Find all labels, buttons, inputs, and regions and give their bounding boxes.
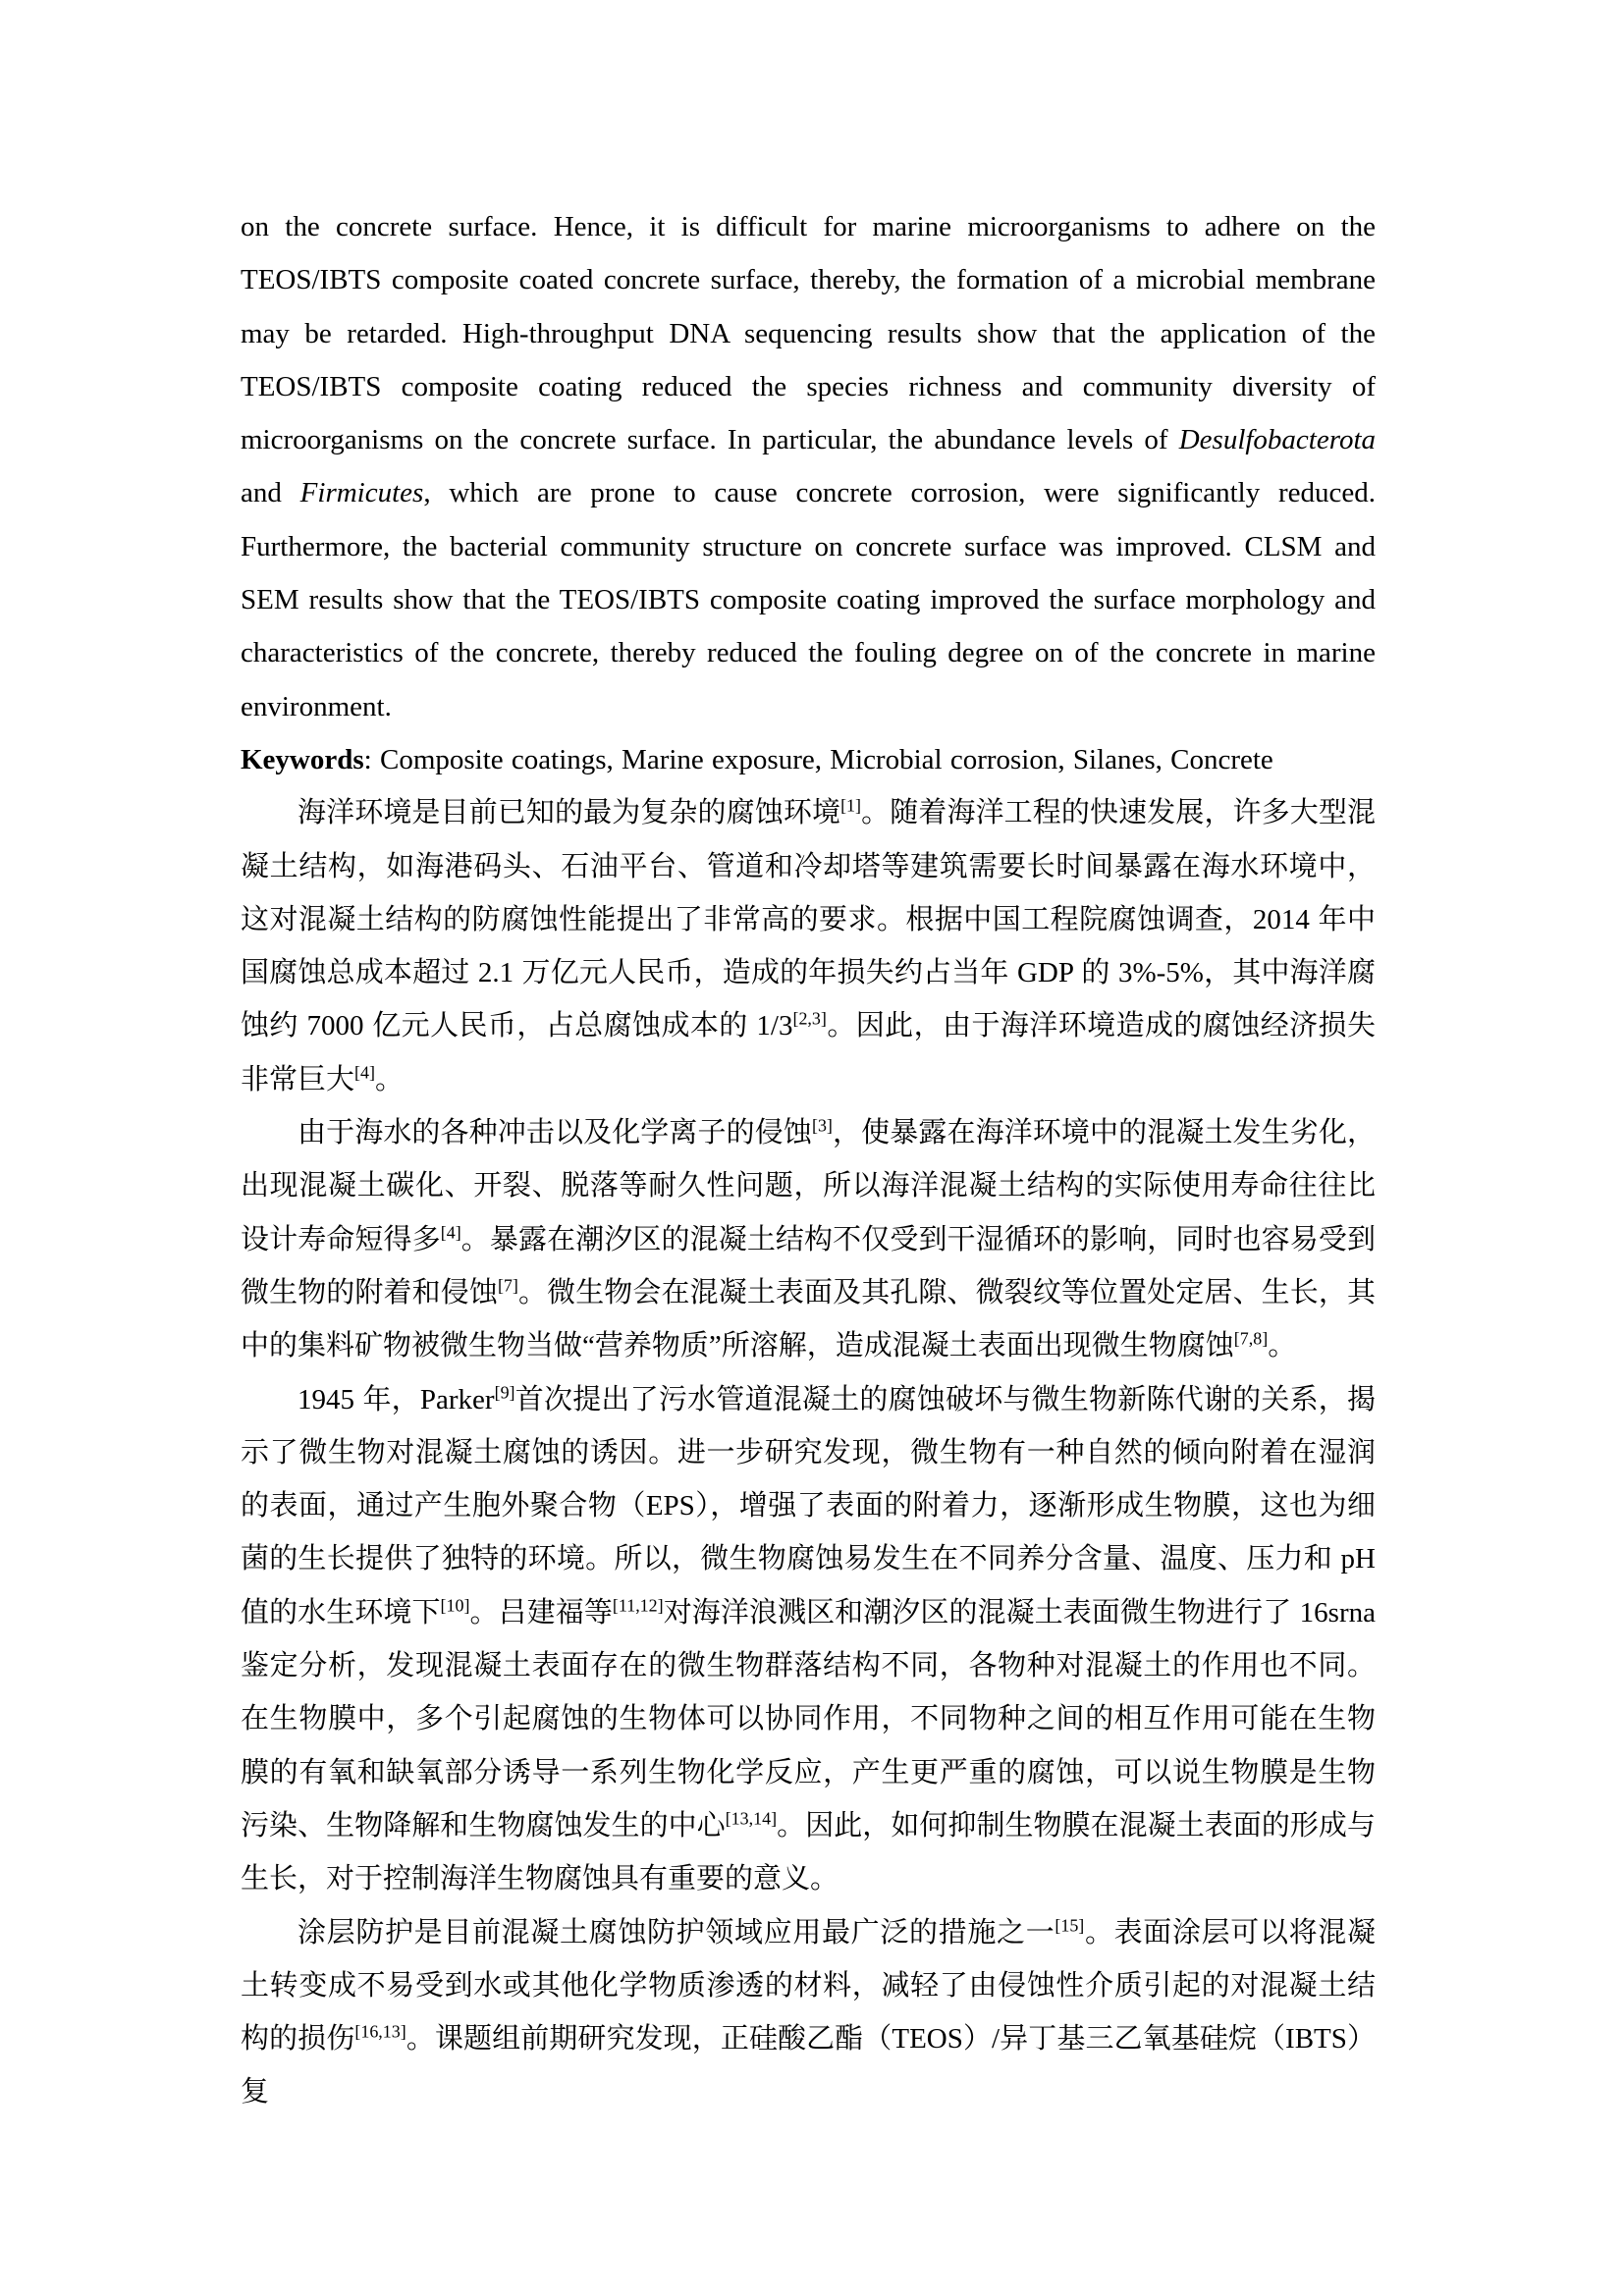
text-run: Firmicutes [300,477,424,508]
text-run: Desulfobacterota [1179,424,1376,455]
text-run: 海洋环境是目前已知的最为复杂的腐蚀环境 [298,797,840,828]
text-run: 。随着海洋工程的快速发展，许多大型混凝土结构，如海港码头、石油平台、管道和冷却塔… [241,797,1376,1041]
text-run: Keywords [241,744,364,775]
citation-superscript: [4] [354,1062,375,1082]
text-run: 1945 年，Parker [298,1384,495,1415]
text-run: 首次提出了污水管道混凝土的腐蚀破坏与微生物新陈代谢的关系，揭示了微生物对混凝土腐… [241,1384,1376,1629]
text-run: 。课题组前期研究发现，正硅酸乙酯（TEOS）/异丁基三乙氧基硅烷（IBTS）复 [241,2023,1376,2108]
intro-paragraph-1: 海洋环境是目前已知的最为复杂的腐蚀环境[1]。随着海洋工程的快速发展，许多大型混… [241,786,1376,1106]
text-run: : Composite coatings, Marine exposure, M… [364,744,1273,775]
text-run: 。 [375,1064,404,1095]
citation-superscript: [13,14] [726,1808,777,1828]
citation-superscript: [3] [812,1115,833,1135]
citation-superscript: [15] [1055,1915,1084,1935]
intro-paragraph-3: 1945 年，Parker[9]首次提出了污水管道混凝土的腐蚀破坏与微生物新陈代… [241,1373,1376,1906]
text-run: and [241,477,300,508]
text-run: 由于海水的各种冲击以及化学离子的侵蚀 [298,1117,812,1148]
citation-superscript: [16,13] [354,2021,406,2041]
page-content: on the concrete surface. Hence, it is di… [241,200,1376,2119]
document-page: on the concrete surface. Hence, it is di… [0,0,1623,2296]
text-run: 。 [1268,1330,1296,1362]
citation-superscript: [10] [441,1595,470,1615]
citation-superscript: [9] [495,1382,515,1402]
text-run: 涂层防护是目前混凝土腐蚀防护领域应用最广泛的措施之一 [298,1917,1055,1949]
citation-superscript: [1] [840,796,861,816]
text-run: on the concrete surface. Hence, it is di… [241,211,1376,455]
intro-paragraph-4: 涂层防护是目前混凝土腐蚀防护领域应用最广泛的措施之一[15]。表面涂层可以将混凝… [241,1906,1376,2119]
abstract-paragraph: on the concrete surface. Hence, it is di… [241,200,1376,733]
citation-superscript: [4] [441,1222,461,1242]
text-run: 对海洋浪溅区和潮汐区的混凝土表面微生物进行了 16srna 鉴定分析，发现混凝土… [241,1597,1376,1842]
text-run: 。吕建福等 [469,1597,612,1629]
citation-superscript: [7,8] [1234,1329,1268,1349]
citation-superscript: [7] [498,1275,518,1295]
citation-superscript: [2,3] [792,1009,826,1029]
keywords-paragraph: Keywords: Composite coatings, Marine exp… [241,733,1376,786]
intro-paragraph-2: 由于海水的各种冲击以及化学离子的侵蚀[3]，使暴露在海洋环境中的混凝土发生劣化，… [241,1106,1376,1372]
text-run: , which are prone to cause concrete corr… [241,477,1376,721]
citation-superscript: [11,12] [613,1595,664,1615]
